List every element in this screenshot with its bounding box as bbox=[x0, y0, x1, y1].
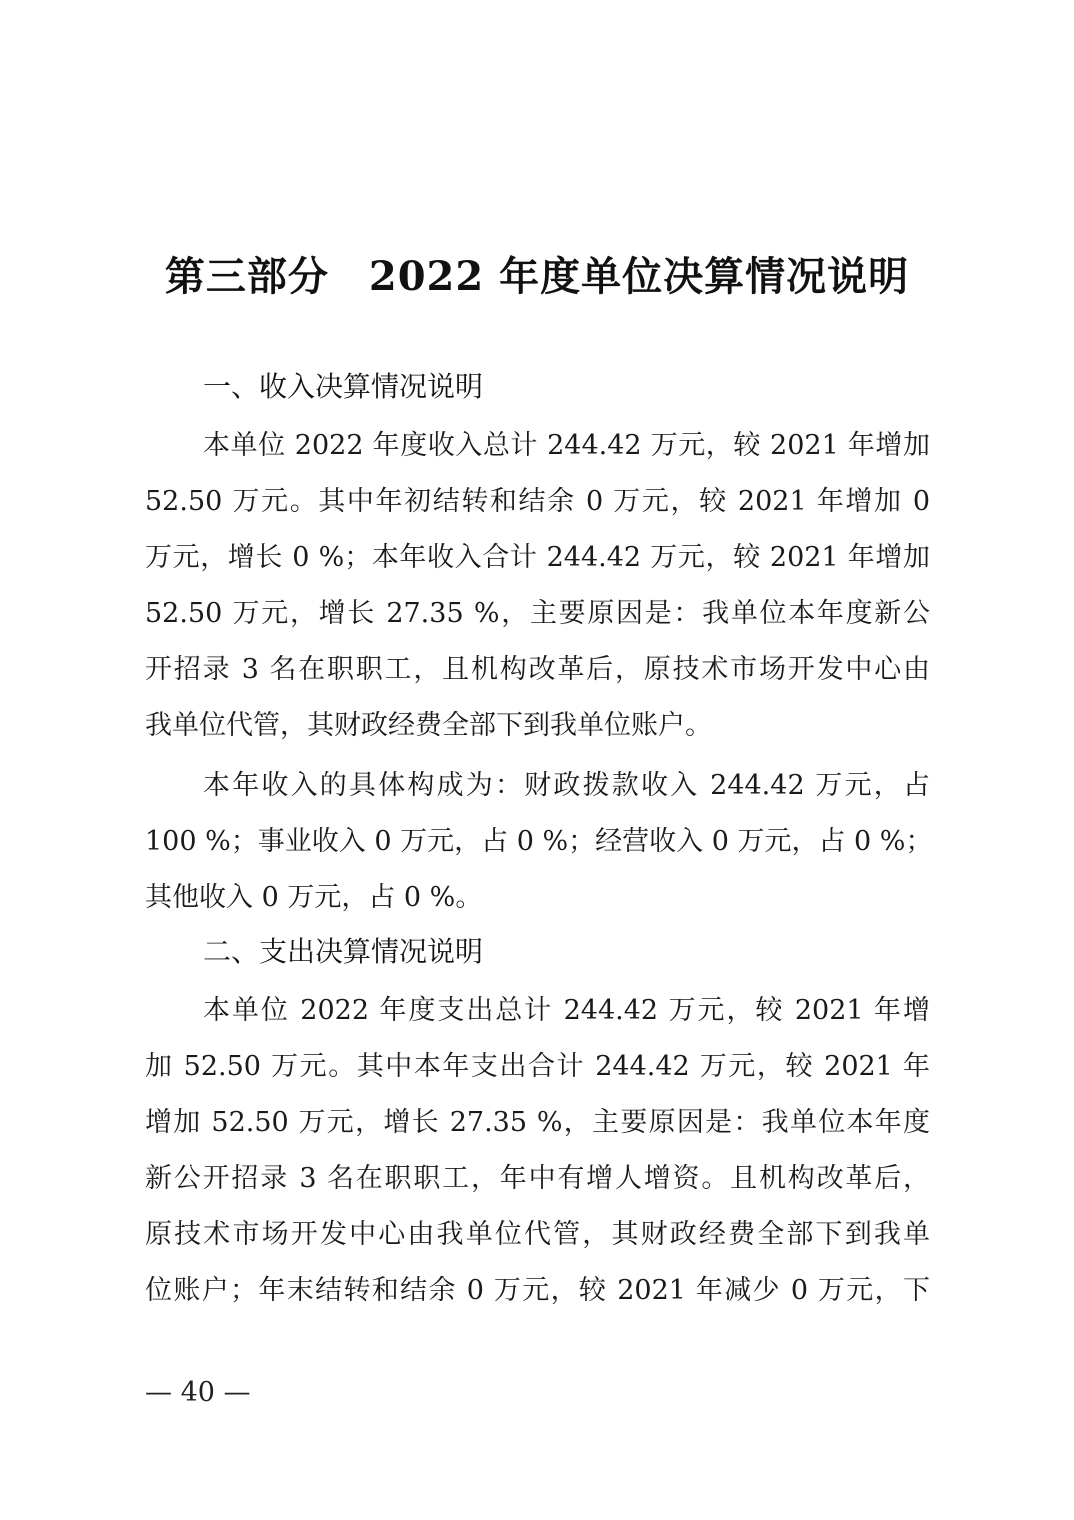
page-number: — 40 — bbox=[145, 1377, 251, 1408]
paragraph-line: 加 52.50 万元。其中本年支出合计 244.42 万元，较 2021 年 bbox=[145, 1044, 930, 1083]
paragraph-line: 万元，增长 0 %；本年收入合计 244.42 万元，较 2021 年增加 bbox=[145, 535, 930, 574]
section-heading-expenditure: 二、支出决算情况说明 bbox=[203, 930, 483, 970]
paragraph-line: 本单位 2022 年度收入总计 244.42 万元，较 2021 年增加 bbox=[203, 423, 930, 462]
paragraph-line: 位账户；年末结转和结余 0 万元，较 2021 年减少 0 万元，下 bbox=[145, 1268, 930, 1307]
paragraph-line: 52.50 万元，增长 27.35 %，主要原因是：我单位本年度新公 bbox=[145, 591, 930, 630]
paragraph-line: 增加 52.50 万元，增长 27.35 %，主要原因是：我单位本年度 bbox=[145, 1100, 930, 1139]
title-main: 2022 年度单位决算情况说明 bbox=[369, 253, 909, 300]
paragraph-line: 开招录 3 名在职职工，且机构改革后，原技术市场开发中心由 bbox=[145, 647, 930, 686]
paragraph-line: 52.50 万元。其中年初结转和结余 0 万元，较 2021 年增加 0 bbox=[145, 479, 930, 518]
title-part: 第三部分 bbox=[165, 253, 329, 300]
document-page: 第三部分2022 年度单位决算情况说明 一、收入决算情况说明 本单位 2022 … bbox=[0, 0, 1074, 1520]
page-title: 第三部分2022 年度单位决算情况说明 bbox=[0, 245, 1074, 302]
paragraph-line: 100 %；事业收入 0 万元，占 0 %；经营收入 0 万元，占 0 %； bbox=[145, 819, 930, 858]
paragraph-line: 我单位代管，其财政经费全部下到我单位账户。 bbox=[145, 703, 930, 742]
paragraph-line: 新公开招录 3 名在职职工，年中有增人增资。且机构改革后， bbox=[145, 1156, 930, 1195]
paragraph-line: 其他收入 0 万元，占 0 %。 bbox=[145, 875, 930, 914]
paragraph-line: 原技术市场开发中心由我单位代管，其财政经费全部下到我单 bbox=[145, 1212, 930, 1251]
section-heading-income: 一、收入决算情况说明 bbox=[203, 365, 483, 405]
paragraph-line: 本年收入的具体构成为：财政拨款收入 244.42 万元，占 bbox=[203, 763, 930, 802]
paragraph-line: 本单位 2022 年度支出总计 244.42 万元，较 2021 年增 bbox=[203, 988, 930, 1027]
